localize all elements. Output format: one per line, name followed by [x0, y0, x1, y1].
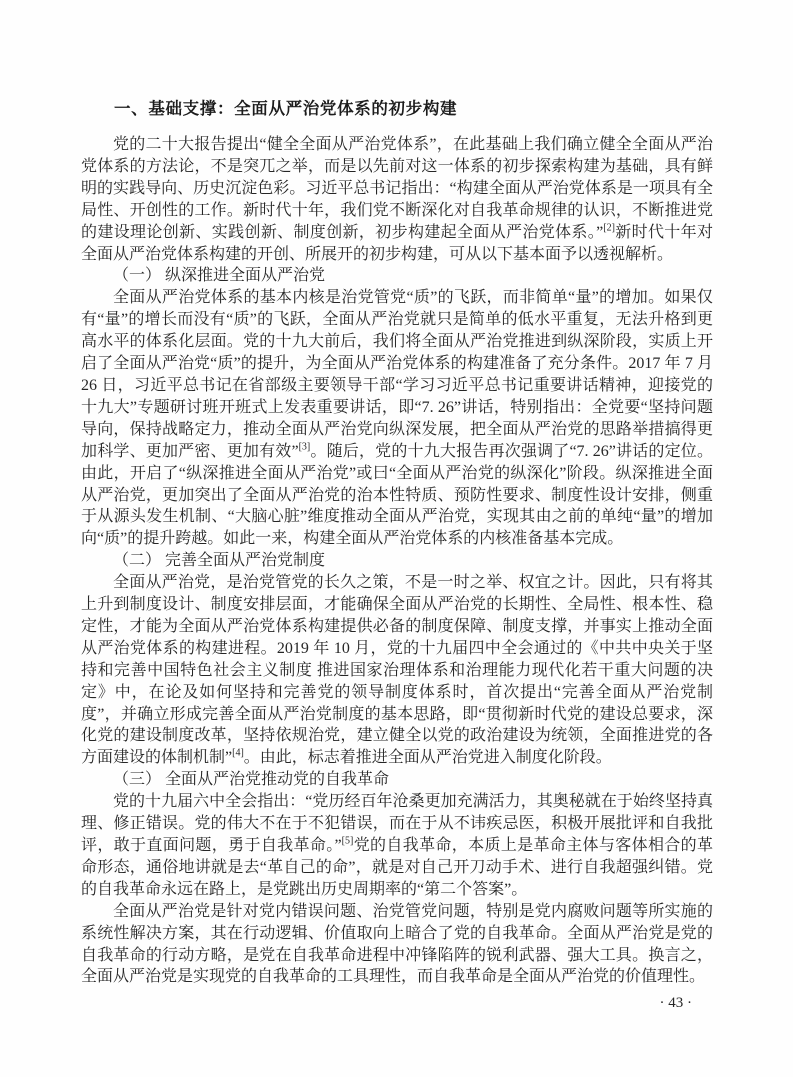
- citation-ref: [4]: [232, 748, 244, 759]
- paragraph: 全面从严治党是针对党内错误问题、治党管党问题，特别是党内腐败问题等所实施的系统性…: [81, 901, 713, 989]
- subsection-heading: （三） 全面从严治党推动党的自我革命: [81, 769, 713, 791]
- page-number: · 43 ·: [660, 995, 693, 1012]
- article-content: 一、基础支撑：全面从严治党体系的初步构建 党的二十大报告提出“健全全面从严治党体…: [81, 98, 713, 988]
- subsection-heading: （二） 完善全面从严治党制度: [81, 550, 713, 572]
- citation-ref: [5]: [342, 836, 354, 847]
- section-heading: 一、基础支撑：全面从严治党体系的初步构建: [81, 98, 713, 120]
- citation-ref: [2]: [603, 222, 615, 233]
- paragraph: 党的二十大报告提出“健全全面从严治党体系”，在此基础上我们确立健全全面从严治党体…: [81, 134, 713, 265]
- document-page: 一、基础支撑：全面从严治党体系的初步构建 党的二十大报告提出“健全全面从严治党体…: [0, 0, 793, 1077]
- paragraph: 党的十九届六中全会指出：“党历经百年沧桑更加充满活力，其奥秘就在于始终坚持真理、…: [81, 791, 713, 901]
- citation-ref: [3]: [299, 441, 311, 452]
- subsection-heading: （一） 纵深推进全面从严治党: [81, 265, 713, 287]
- paragraph: 全面从严治党，是治党管党的长久之策，不是一时之举、权宜之计。因此，只有将其上升到…: [81, 572, 713, 769]
- paragraph: 全面从严治党体系的基本内核是治党管党“质”的飞跃，而非简单“量”的增加。如果仅有…: [81, 287, 713, 550]
- article-body: 党的二十大报告提出“健全全面从严治党体系”，在此基础上我们确立健全全面从严治党体…: [81, 134, 713, 988]
